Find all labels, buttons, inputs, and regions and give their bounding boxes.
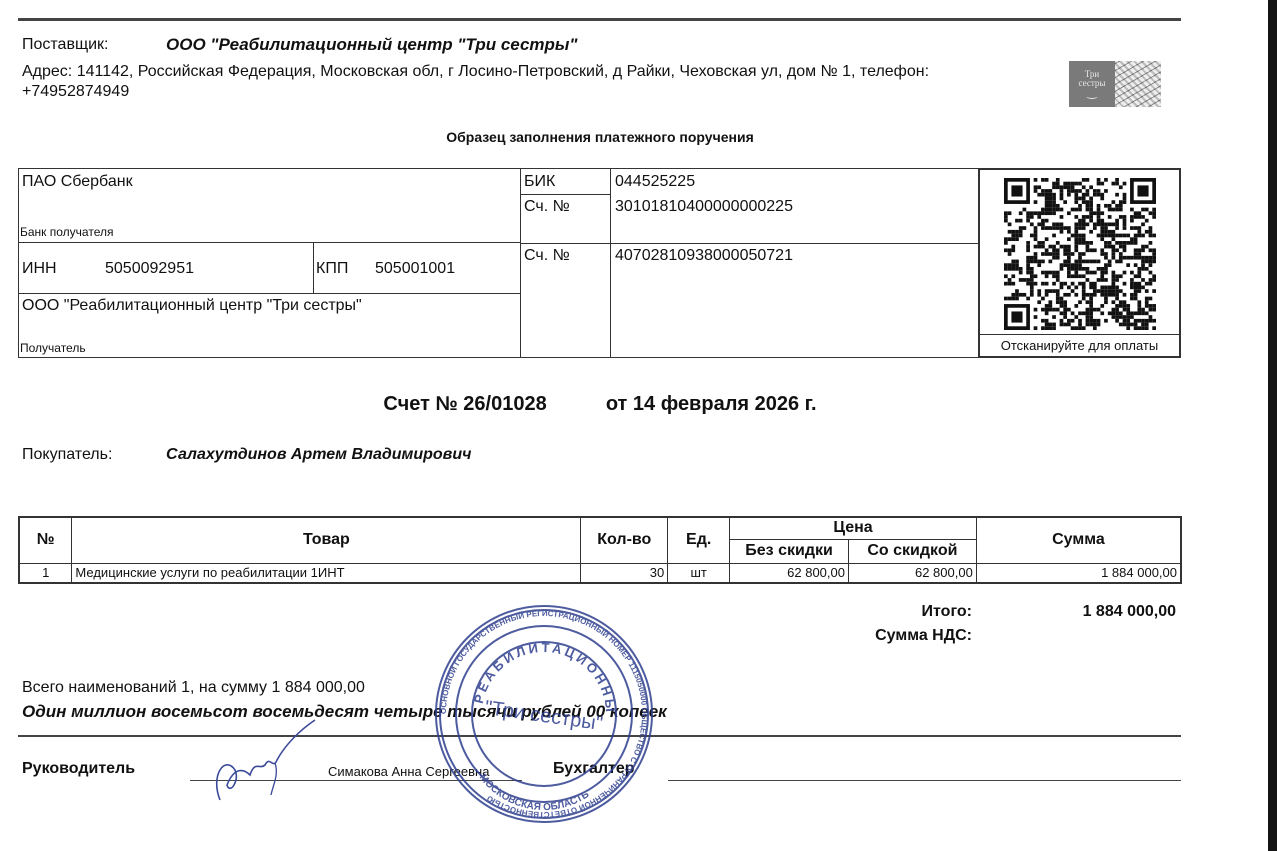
stamp-center-text: "Три сестры"	[483, 697, 604, 735]
invoice-title: Счет № 26/01028 от 14 февраля 2026 г.	[0, 393, 1200, 416]
supplier-label: Поставщик:	[22, 36, 109, 54]
payment-qr-code[interactable]	[1004, 178, 1156, 330]
director-label: Руководитель	[22, 760, 135, 778]
svg-text:МОСКОВСКАЯ ОБЛАСТЬ: МОСКОВСКАЯ ОБЛАСТЬ	[477, 772, 591, 813]
account-label: Сч. №	[524, 247, 570, 265]
qr-caption: Отсканируйте для оплаты	[980, 334, 1179, 356]
top-rule	[18, 18, 1181, 21]
payment-sample-title: Образец заполнения платежного поручения	[0, 129, 1200, 145]
corr-account-value: 30101810400000000225	[615, 198, 793, 216]
col-header-unit: Ед.	[668, 517, 730, 563]
items-count-line: Всего наименований 1, на сумму 1 884 000…	[22, 679, 365, 697]
logo-pattern-image	[1115, 61, 1161, 107]
buyer-name: Салахутдинов Артем Владимирович	[166, 446, 471, 464]
vat-label: Сумма НДС:	[800, 627, 972, 645]
bank-details-table: ПАО Сбербанк Банк получателя ИНН 5050092…	[18, 168, 1181, 358]
bank-name: ПАО Сбербанк	[22, 173, 133, 191]
window-edge	[1268, 0, 1277, 851]
bik-value: 044525225	[615, 173, 695, 191]
col-header-price: Цена	[730, 517, 977, 539]
invoice-number: Счет № 26/01028	[383, 393, 546, 416]
invoice-date: от 14 февраля 2026 г.	[606, 393, 817, 416]
qr-cell: Отсканируйте для оплаты	[978, 168, 1181, 358]
total-value: 1 884 000,00	[990, 603, 1176, 621]
row-num: 1	[19, 563, 72, 583]
company-stamp: ОСНОВНОЙ ГОСУДАРСТВЕННЫЙ РЕГИСТРАЦИОННЫЙ…	[430, 600, 658, 828]
col-header-price-no-discount: Без скидки	[730, 539, 849, 563]
supplier-address: Адрес: 141142, Российская Федерация, Мос…	[22, 62, 982, 102]
buyer-label: Покупатель:	[22, 446, 112, 464]
recipient-name: ООО "Реабилитационный центр "Три сестры"	[22, 297, 362, 315]
supplier-name: ООО "Реабилитационный центр "Три сестры"	[166, 35, 577, 55]
row-sum: 1 884 000,00	[976, 563, 1181, 583]
inn-value: 5050092951	[105, 260, 194, 278]
col-header-num: №	[19, 517, 72, 563]
smile-icon: ‿	[1069, 88, 1115, 97]
col-header-item: Товар	[72, 517, 581, 563]
row-price-with-discount: 62 800,00	[848, 563, 976, 583]
goods-table: № Товар Кол-во Ед. Цена Сумма Без скидки…	[18, 516, 1182, 584]
recipient-caption: Получатель	[20, 341, 86, 355]
inn-label: ИНН	[22, 260, 57, 278]
kpp-value: 505001001	[375, 260, 455, 278]
corr-account-label: Сч. №	[524, 198, 570, 216]
row-price-no-discount: 62 800,00	[730, 563, 849, 583]
row-qty: 30	[581, 563, 668, 583]
kpp-label: КПП	[316, 260, 348, 278]
col-header-price-with-discount: Со скидкой	[848, 539, 976, 563]
col-header-sum: Сумма	[976, 517, 1181, 563]
total-label: Итого:	[800, 603, 972, 621]
bik-label: БИК	[524, 173, 555, 191]
accountant-signature-line	[668, 780, 1181, 781]
col-header-qty: Кол-во	[581, 517, 668, 563]
logo-text-block: Три сестры ‿	[1069, 61, 1115, 107]
row-unit: шт	[668, 563, 730, 583]
stamp-bottom-text: МОСКОВСКАЯ ОБЛАСТЬ	[477, 772, 591, 813]
handwritten-signature	[205, 715, 325, 805]
account-value: 40702810938000050721	[615, 247, 793, 265]
bank-caption: Банк получателя	[20, 225, 113, 239]
table-row: 1 Медицинские услуги по реабилитации 1ИН…	[19, 563, 1181, 583]
row-item: Медицинские услуги по реабилитации 1ИНТ	[72, 563, 581, 583]
company-logo: Три сестры ‿	[1069, 61, 1161, 107]
